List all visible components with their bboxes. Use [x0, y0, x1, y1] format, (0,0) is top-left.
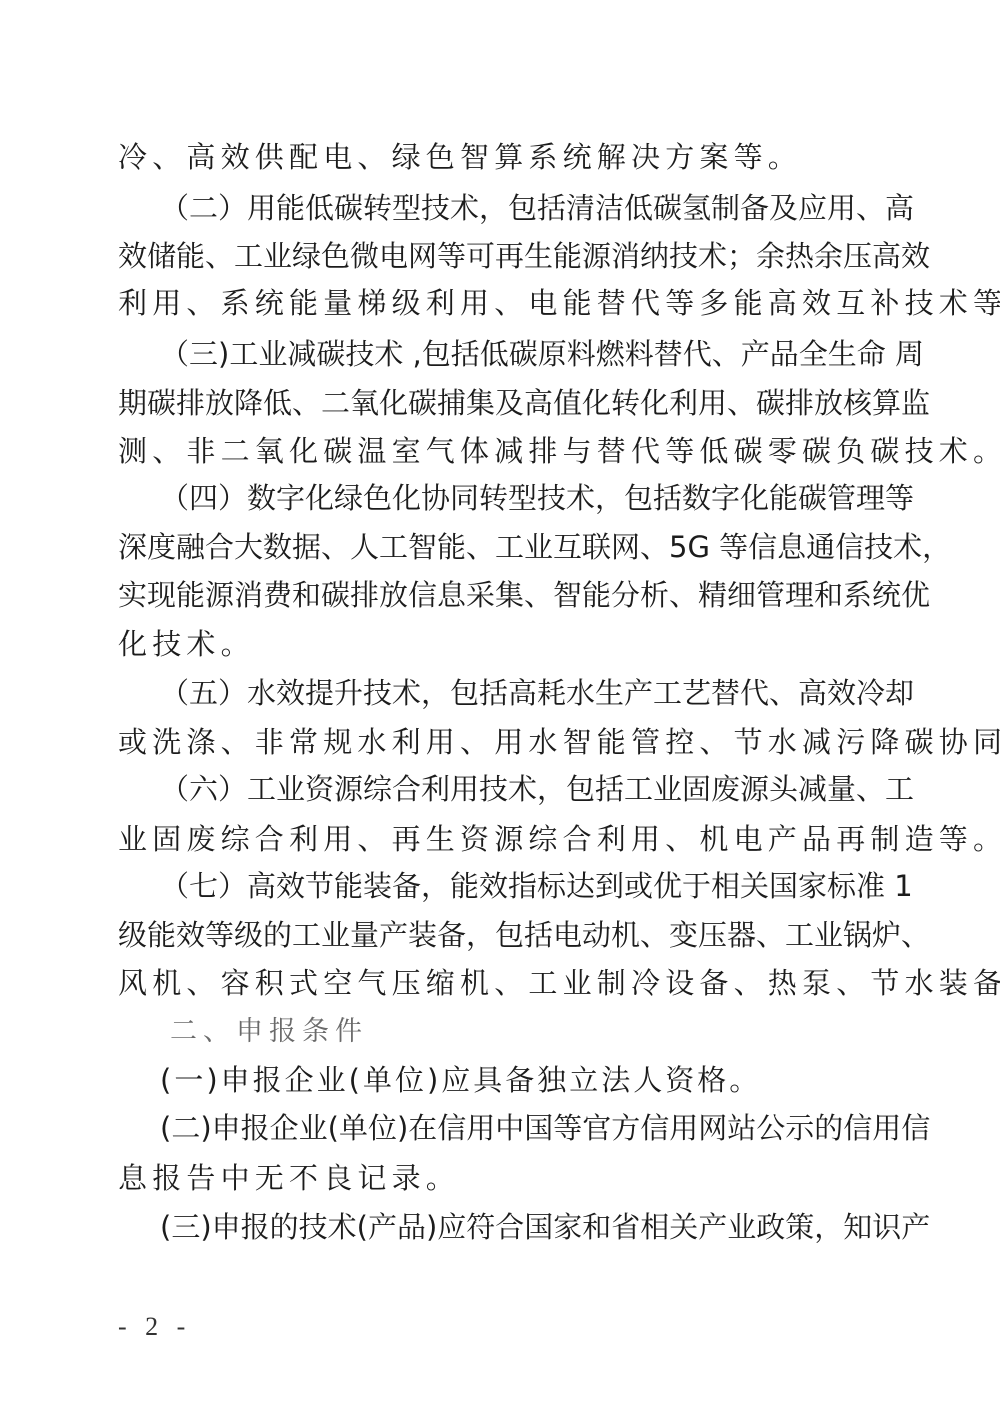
paragraph-line: 测、非二氧化碳温室气体减排与替代等低碳零碳负碳技术。: [118, 431, 888, 471]
condition-line: 息报告中无不良记录。: [118, 1158, 888, 1198]
document-page: 冷、高效供配电、绿色智算系统解决方案等。 （二）用能低碳转型技术，包括清洁低碳氢…: [0, 0, 1000, 1414]
paragraph-line: 实现能源消费和碳排放信息采集、智能分析、精细管理和系统优: [118, 575, 888, 615]
paragraph-line: 利用、系统能量梯级利用、电能替代等多能高效互补技术等。: [118, 283, 888, 323]
paragraph-line: 业固废综合利用、再生资源综合利用、机电产品再制造等。: [118, 819, 888, 859]
paragraph-line: 冷、高效供配电、绿色智算系统解决方案等。: [118, 137, 888, 177]
paragraph-line: （三)工业减碳技术 ,包括低碳原料燃料替代、产品全生命 周: [160, 334, 888, 374]
condition-line: (一)申报企业(单位)应具备独立法人资格。: [160, 1060, 888, 1100]
paragraph-line: （七）高效节能装备，能效指标达到或优于相关国家标准 1: [160, 866, 888, 906]
paragraph-line: （五）水效提升技术，包括高耗水生产工艺替代、高效冷却: [160, 673, 888, 713]
page-number: - 2 -: [118, 1312, 191, 1342]
paragraph-line: 风机、容积式空气压缩机、工业制冷设备、热泵、节水装备等。: [118, 963, 888, 1003]
paragraph-line: 期碳排放降低、二氧化碳捕集及高值化转化利用、碳排放核算监: [118, 383, 888, 423]
paragraph-line: （四）数字化绿色化协同转型技术，包括数字化能碳管理等: [160, 478, 888, 518]
paragraph-line: 化技术。: [118, 624, 888, 664]
paragraph-line: （六）工业资源综合利用技术，包括工业固废源头减量、工: [160, 769, 888, 809]
paragraph-line: 或洗涤、非常规水利用、用水智能管控、节水减污降碳协同等。: [118, 722, 888, 762]
paragraph-line: （二）用能低碳转型技术，包括清洁低碳氢制备及应用、高: [160, 188, 888, 228]
paragraph-line: 级能效等级的工业量产装备，包括电动机、变压器、工业锅炉、: [118, 915, 888, 955]
condition-line: (三)申报的技术(产品)应符合国家和省相关产业政策，知识产: [160, 1207, 888, 1247]
paragraph-line: 深度融合大数据、人工智能、工业互联网、5G 等信息通信技术，: [118, 527, 888, 567]
section-heading: 二、申报条件: [170, 1012, 940, 1052]
condition-line: (二)申报企业(单位)在信用中国等官方信用网站公示的信用信: [160, 1108, 888, 1148]
paragraph-line: 效储能、工业绿色微电网等可再生能源消纳技术；余热余压高效: [118, 236, 888, 276]
